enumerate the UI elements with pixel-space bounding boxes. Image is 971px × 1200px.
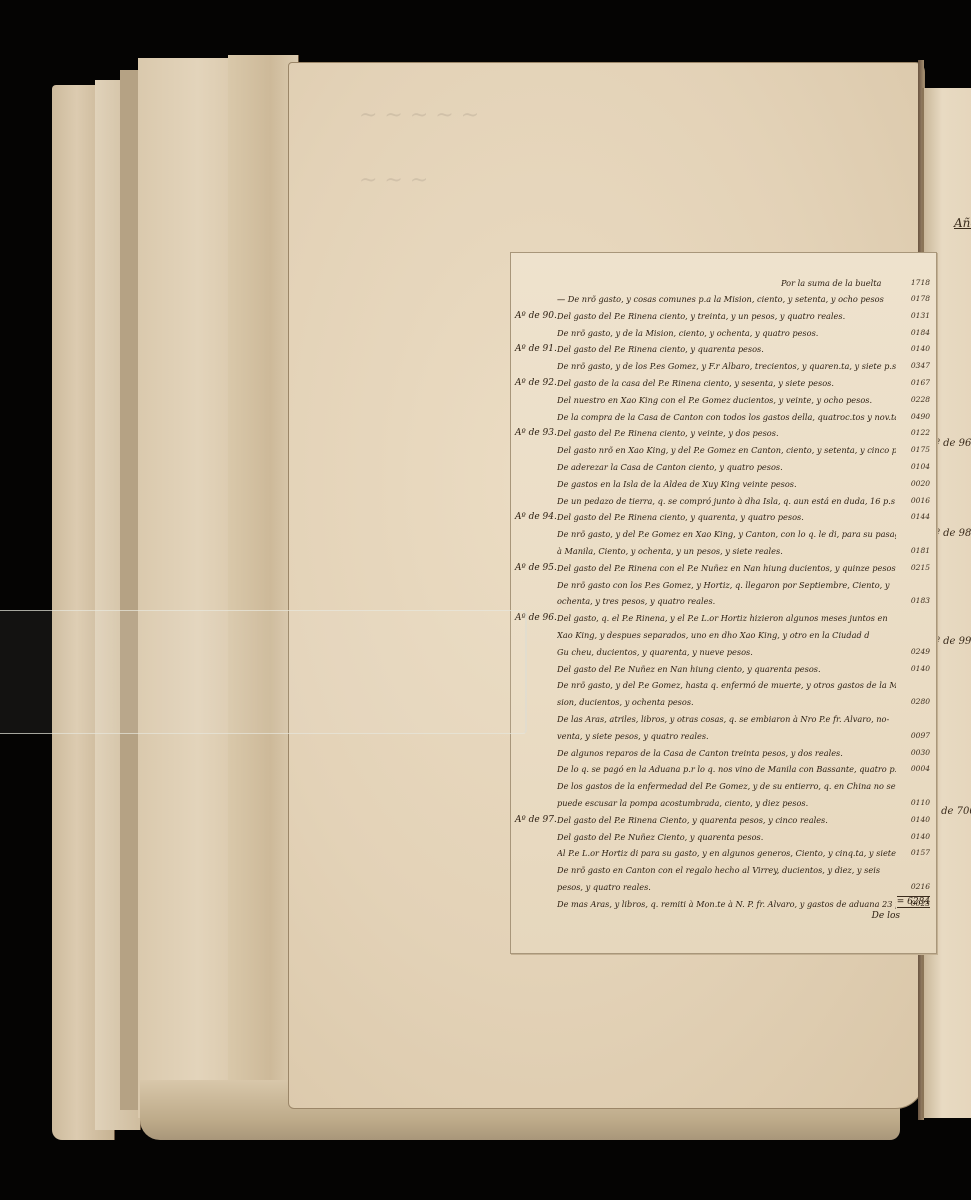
ledger-entry: De nrõ gasto con los P.es Gomez, y Horti… <box>511 579 936 591</box>
entry-year: Aº de 97. <box>515 814 557 826</box>
entry-text: Gu cheu, ducientos, y quarenta, y nueve … <box>557 646 896 659</box>
entry-text: sion, ducientos, y ochenta pesos. <box>557 696 896 709</box>
ledger-entry: ochenta, y tres pesos, y quatro reales.0… <box>511 595 936 607</box>
entry-text: Del gasto del P.e Nuñez Ciento, y quaren… <box>557 831 896 844</box>
entry-year: Aº de 90. <box>515 310 557 322</box>
entry-amount: 0215 <box>898 562 930 574</box>
ledger-total: = 6284 <box>897 896 930 908</box>
entry-text: venta, y siete pesos, y quatro reales. <box>557 730 896 743</box>
entry-amount: 0020 <box>898 478 930 490</box>
ledger-entry: De gastos en la Isla de la Aldea de Xuy … <box>511 478 936 490</box>
entry-text: ochenta, y tres pesos, y quatro reales. <box>557 595 896 608</box>
entry-amount: 0249 <box>898 646 930 658</box>
ledger-entry: — De nrõ gasto, y cosas comunes p.a la M… <box>511 293 936 305</box>
entry-text: De lo q. se pagó en la Aduana p.r lo q. … <box>557 763 896 776</box>
entry-text: puede escusar la pompa acostumbrada, cie… <box>557 797 896 810</box>
entry-amount: 0140 <box>898 814 930 826</box>
carry-over-amount: 1718 <box>898 277 930 289</box>
ledger-entry: sion, ducientos, y ochenta pesos.0280 <box>511 696 936 708</box>
entry-amount: 0110 <box>898 797 930 809</box>
ledger-entry: De aderezar la Casa de Canton ciento, y … <box>511 461 936 473</box>
entry-amount: 0016 <box>898 495 930 507</box>
entry-text: De aderezar la Casa de Canton ciento, y … <box>557 461 896 474</box>
ledger-entry: Aº de 91.Del gasto del P.e Rinena ciento… <box>511 343 936 355</box>
entry-amount: 0167 <box>898 377 930 389</box>
entry-text: De mas Aras, y libros, q. remiti à Mon.t… <box>557 898 896 911</box>
entry-text: De nrõ gasto en Canton con el regalo hec… <box>557 864 896 877</box>
ledger-entry: De nrõ gasto, y del P.e Gomez en Xao Kin… <box>511 528 936 540</box>
entry-text: De nrõ gasto, y de la Mision, ciento, y … <box>557 327 896 340</box>
ledger-entry: De nrõ gasto, y de la Mision, ciento, y … <box>511 327 936 339</box>
entry-text: De las Aras, atriles, libros, y otras co… <box>557 713 896 726</box>
entry-amount: 0131 <box>898 310 930 322</box>
entry-amount: 0157 <box>898 847 930 859</box>
entry-text: Del gasto del P.e Rinena ciento, y veint… <box>557 427 896 440</box>
entry-amount: 0140 <box>898 663 930 675</box>
entry-amount: 0280 <box>898 696 930 708</box>
ledger-entry: De las Aras, atriles, libros, y otras co… <box>511 713 936 725</box>
ledger-entry: pesos, y quatro reales.0216 <box>511 881 936 893</box>
catchword: De los <box>872 911 900 921</box>
ledger-entry: Aº de 90.Del gasto del P.e Rinena ciento… <box>511 310 936 322</box>
entry-text: De nrõ gasto con los P.es Gomez, y Horti… <box>557 579 896 592</box>
entry-year: Aº de 93. <box>515 427 557 439</box>
entry-amount: 0347 <box>898 360 930 372</box>
bleed-through-text: ~ ~ ~ <box>359 168 428 193</box>
entry-amount: 0175 <box>898 444 930 456</box>
ledger-entry: Aº de 94.Del gasto del P.e Rinena ciento… <box>511 511 936 523</box>
entry-text: Del nuestro en Xao King con el P.e Gomez… <box>557 394 896 407</box>
ledger-entry: De nrõ gasto, y del P.e Gomez, hasta q. … <box>511 679 936 691</box>
entry-amount: 0181 <box>898 545 930 557</box>
entry-text: Al P.e L.or Hortiz di para su gasto, y e… <box>557 847 896 860</box>
transparent-clip <box>0 610 527 734</box>
entry-year: Aº de 92. <box>515 377 557 389</box>
entry-text: à Manila, Ciento, y ochenta, y un pesos,… <box>557 545 896 558</box>
entry-amount: 0216 <box>898 881 930 893</box>
ledger-entry: De algunos reparos de la Casa de Canton … <box>511 747 936 759</box>
ledger-entry: Del gasto nrõ en Xao King, y del P.e Gom… <box>511 444 936 456</box>
entry-text: De los gastos de la enfermedad del P.e G… <box>557 780 896 793</box>
entry-text: Xao King, y despues separados, uno en dh… <box>557 629 896 642</box>
entry-text: Del gasto del P.e Rinena con el P.e Nuñe… <box>557 562 896 575</box>
carry-over-line: Por la suma de la buelta 1718 <box>511 277 936 289</box>
ledger-entry: Xao King, y despues separados, uno en dh… <box>511 629 936 641</box>
entry-text: Del gasto del P.e Rinena Ciento, y quare… <box>557 814 896 827</box>
ledger-entry: De lo q. se pagó en la Aduana p.r lo q. … <box>511 763 936 775</box>
ledger-entry: Aº de 96.Del gasto, q. el P.e Rinena, y … <box>511 612 936 624</box>
entry-amount: 0184 <box>898 327 930 339</box>
ledger-entry: Al P.e L.or Hortiz di para su gasto, y e… <box>511 847 936 859</box>
ledger-entry: Del nuestro en Xao King con el P.e Gomez… <box>511 394 936 406</box>
entry-amount: 0140 <box>898 343 930 355</box>
entry-amount: 0030 <box>898 747 930 759</box>
ledger-entry: Aº de 95.Del gasto del P.e Rinena con el… <box>511 562 936 574</box>
entry-amount: 0140 <box>898 831 930 843</box>
ledger-entry: De nrõ gasto, y de los P.es Gomez, y F.r… <box>511 360 936 372</box>
ledger-entry: Del gasto del P.e Nuñez Ciento, y quaren… <box>511 831 936 843</box>
entry-text: Del gasto del P.e Nuñez en Nan hiung cie… <box>557 663 896 676</box>
ledger-entry: Del gasto del P.e Nuñez en Nan hiung cie… <box>511 663 936 675</box>
carry-over-text: Por la suma de la buelta <box>781 277 896 290</box>
entry-amount: 0228 <box>898 394 930 406</box>
entry-text: Del gasto, q. el P.e Rinena, y el P.e L.… <box>557 612 896 625</box>
entry-year: Aº de 95. <box>515 562 557 574</box>
entry-amount: 0122 <box>898 427 930 439</box>
ledger-entry: à Manila, Ciento, y ochenta, y un pesos,… <box>511 545 936 557</box>
entry-text: De algunos reparos de la Casa de Canton … <box>557 747 896 760</box>
entry-amount: 0004 <box>898 763 930 775</box>
ledger-entry: Aº de 97.Del gasto del P.e Rinena Ciento… <box>511 814 936 826</box>
entry-text: pesos, y quatro reales. <box>557 881 896 894</box>
ledger-entry: Aº de 92.Del gasto de la casa del P.e Ri… <box>511 377 936 389</box>
ledger-entry: De los gastos de la enfermedad del P.e G… <box>511 780 936 792</box>
ledger-entry: Aº de 93.Del gasto del P.e Rinena ciento… <box>511 427 936 439</box>
ledger-entry: De mas Aras, y libros, q. remiti à Mon.t… <box>511 898 936 910</box>
entry-text: Del gasto de la casa del P.e Rinena cien… <box>557 377 896 390</box>
entry-amount: 0183 <box>898 595 930 607</box>
ledger-entry: Gu cheu, ducientos, y quarenta, y nueve … <box>511 646 936 658</box>
entry-amount: 0144 <box>898 511 930 523</box>
ledger-entry: De nrõ gasto en Canton con el regalo hec… <box>511 864 936 876</box>
ledger-entry: puede escusar la pompa acostumbrada, cie… <box>511 797 936 809</box>
entry-text: De nrõ gasto, y del P.e Gomez, hasta q. … <box>557 679 896 692</box>
entry-amount: 0178 <box>898 293 930 305</box>
ledger-entry: De un pedazo de tierra, q. se compró jun… <box>511 495 936 507</box>
ledger-entry: De la compra de la Casa de Canton con to… <box>511 411 936 423</box>
entry-text: Del gasto nrõ en Xao King, y del P.e Gom… <box>557 444 896 457</box>
ledger-slip: Por la suma de la buelta 1718 — De nrõ g… <box>510 252 937 954</box>
ledger-entry: venta, y siete pesos, y quatro reales.00… <box>511 730 936 742</box>
entry-text: — De nrõ gasto, y cosas comunes p.a la M… <box>557 293 896 306</box>
entry-text: De nrõ gasto, y de los P.es Gomez, y F.r… <box>557 360 896 373</box>
entry-text: Del gasto del P.e Rinena ciento, y quare… <box>557 511 896 524</box>
entry-text: De nrõ gasto, y del P.e Gomez en Xao Kin… <box>557 528 896 541</box>
entry-text: Del gasto del P.e Rinena ciento, y trein… <box>557 310 896 323</box>
entry-year: Aº de 91. <box>515 343 557 355</box>
bleed-through-text: ~ ~ ~ ~ ~ <box>359 103 479 128</box>
entry-text: Del gasto del P.e Rinena ciento, y quare… <box>557 343 896 356</box>
entry-year: Aº de 94. <box>515 511 557 523</box>
entry-amount: 0104 <box>898 461 930 473</box>
entry-text: De la compra de la Casa de Canton con to… <box>557 411 896 424</box>
entry-text: De gastos en la Isla de la Aldea de Xuy … <box>557 478 896 491</box>
entry-amount: 0097 <box>898 730 930 742</box>
entry-text: De un pedazo de tierra, q. se compró jun… <box>557 495 896 508</box>
entry-amount: 0490 <box>898 411 930 423</box>
facing-page-heading: Año <box>954 216 971 230</box>
